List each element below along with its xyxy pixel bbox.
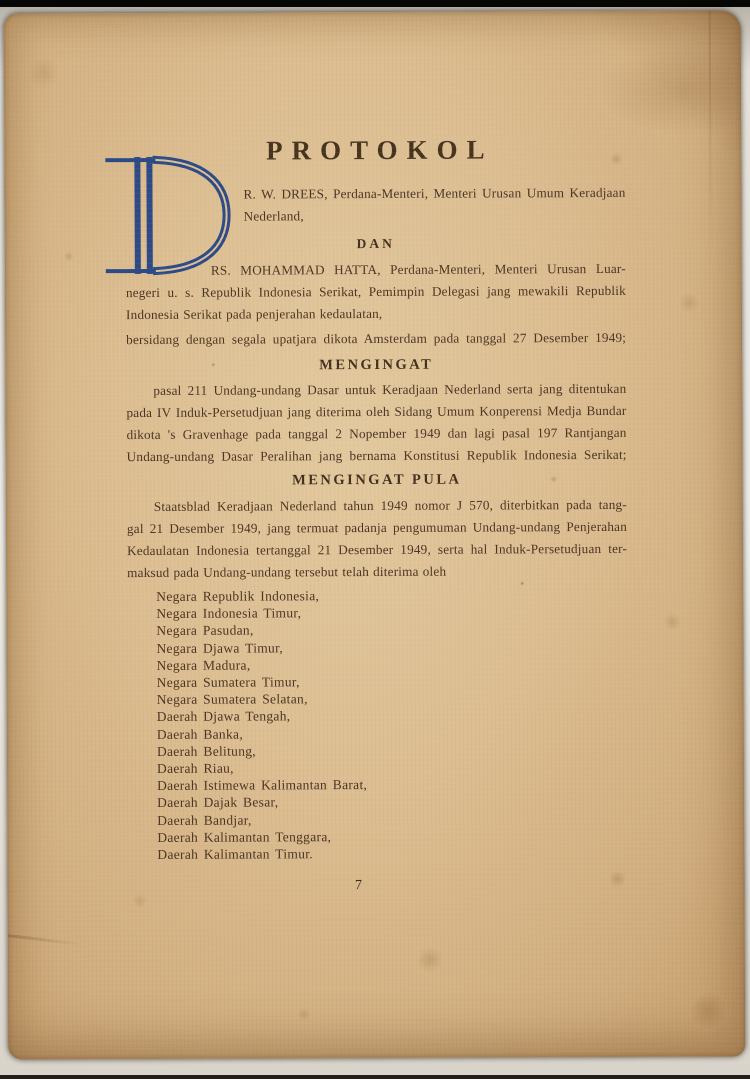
page-number: 7 bbox=[109, 877, 609, 895]
party-indonesia-line: Indonesia Serikat pada penjerahan kedaul… bbox=[126, 302, 626, 326]
territory-item: Daerah Belitung, bbox=[157, 741, 628, 760]
conjunction-dan: DAN bbox=[126, 233, 626, 255]
mengingat-pula-line: Kedaulatan Indonesia tertanggal 21 Desem… bbox=[127, 538, 627, 562]
mengingat-line: Undang-undang Dasar Peralihan jang berna… bbox=[127, 444, 627, 468]
mengingat-pula-line: Staatsblad Keradjaan Nederland tahun 194… bbox=[127, 494, 627, 518]
session-statement: bersidang dengan segala upatjara dikota … bbox=[126, 327, 626, 351]
territory-item: Negara Pasudan, bbox=[156, 620, 627, 639]
territory-item: Negara Sumatera Timur, bbox=[157, 672, 628, 691]
territory-item: Negara Indonesia Timur, bbox=[156, 603, 627, 622]
territory-item: Daerah Riau, bbox=[157, 758, 628, 777]
party-nederland-line: R. W. DREES, Perdana-Menteri, Menteri Ur… bbox=[243, 182, 625, 206]
territory-item: Negara Republik Indonesia, bbox=[156, 586, 627, 605]
mengingat-pula-line: gal 21 Desember 1949, jang termuat padan… bbox=[127, 516, 627, 540]
document-text-column: PROTOKOL R. W. DREES, Perdana-Menteri, M… bbox=[125, 134, 628, 895]
territory-item: Daerah Kalimantan Timur. bbox=[157, 844, 628, 863]
territories-list: Negara Republik Indonesia, Negara Indone… bbox=[156, 586, 628, 863]
mengingat-paragraph: pasal 211 Undang-undang Dasar untuk Kera… bbox=[126, 378, 626, 468]
territory-item: Daerah Kalimantan Tenggara, bbox=[157, 827, 628, 846]
mengingat-line: pada IV Induk-Persetudjuan jang diterima… bbox=[126, 400, 626, 424]
mengingat-pula-line: maksud pada Undang-undang tersebut telah… bbox=[127, 560, 627, 584]
territory-item: Daerah Istimewa Kalimantan Barat, bbox=[157, 775, 628, 794]
territory-item: Daerah Bandjar, bbox=[157, 810, 628, 829]
territory-item: Daerah Djawa Tengah, bbox=[157, 706, 628, 725]
party-indonesia-line: negeri u. s. Republik Indonesia Serikat,… bbox=[126, 280, 626, 304]
territory-item: Negara Sumatera Selatan, bbox=[157, 689, 628, 708]
territory-item: Daerah Dajak Besar, bbox=[157, 792, 628, 811]
document-title: PROTOKOL bbox=[125, 134, 625, 166]
section-heading-mengingat: MENGINGAT bbox=[126, 354, 626, 376]
mengingat-pula-paragraph: Staatsblad Keradjaan Nederland tahun 194… bbox=[127, 494, 627, 584]
territory-item: Daerah Banka, bbox=[157, 724, 628, 743]
fold-crease-line bbox=[709, 11, 712, 261]
territory-item: Negara Madura, bbox=[157, 655, 628, 674]
top-right-fold-shadow bbox=[591, 10, 742, 151]
party-indonesia-line: RS. MOHAMMAD HATTA, Perdana-Menteri, Men… bbox=[126, 258, 626, 282]
party-nederland-line: Nederland, bbox=[244, 204, 626, 228]
party-nederland-paragraph: R. W. DREES, Perdana-Menteri, Menteri Ur… bbox=[243, 182, 625, 228]
bottom-left-crease bbox=[8, 934, 82, 946]
document-page: D PROTOKOL R. W. DREES, Perdana-Menteri,… bbox=[4, 10, 746, 1059]
party-indonesia-paragraph: RS. MOHAMMAD HATTA, Perdana-Menteri, Men… bbox=[126, 258, 626, 326]
mengingat-line: pasal 211 Undang-undang Dasar untuk Kera… bbox=[126, 378, 626, 402]
scanned-document-photo: { "page": { "title": "PROTOKOL", "drop_c… bbox=[0, 0, 750, 1079]
territory-item: Negara Djawa Timur, bbox=[156, 638, 627, 657]
section-heading-mengingat-pula: MENGINGAT PULA bbox=[127, 469, 627, 491]
mengingat-line: dikota 's Gravenhage pada tanggal 2 Nope… bbox=[127, 422, 627, 446]
